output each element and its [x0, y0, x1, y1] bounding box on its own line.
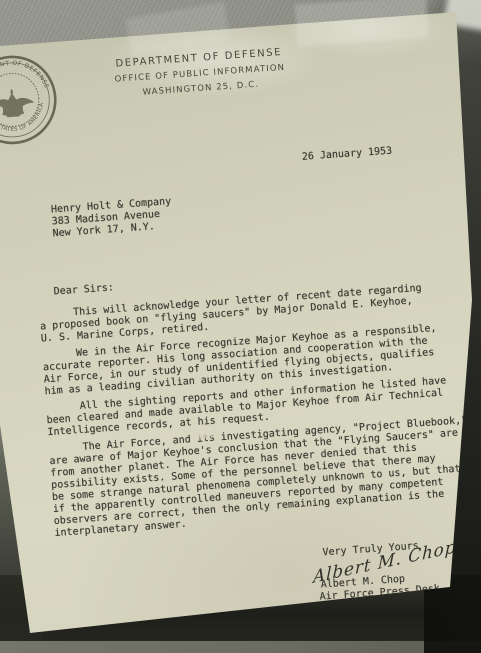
letter-body: This will acknowledge your letter of rec… — [39, 279, 481, 545]
date-line: 26 January 1953 — [302, 146, 393, 164]
photo-scene: DEPARTMENT OF DEFENSE OFFICE OF PUBLIC I… — [0, 0, 481, 653]
seal-top-arc-text: DEPARTMENT OF DEFENSE — [0, 57, 50, 95]
letterhead: DEPARTMENT OF DEFENSE OFFICE OF PUBLIC I… — [0, 36, 418, 112]
letter-sheet: DEPARTMENT OF DEFENSE OFFICE OF PUBLIC I… — [0, 5, 481, 653]
recipient-address: Henry Holt & Company383 Madison AvenueNe… — [51, 196, 174, 240]
salutation: Dear Sirs: — [53, 282, 114, 298]
letter-paper: DEPARTMENT OF DEFENSE OFFICE OF PUBLIC I… — [0, 0, 481, 653]
seal-eagle-icon — [0, 87, 35, 118]
dod-seal-icon: DEPARTMENT OF DEFENSE UNITED STATES OF A… — [0, 51, 61, 149]
svg-text:DEPARTMENT OF DEFENSE: DEPARTMENT OF DEFENSE — [0, 57, 50, 95]
bottom-edge-strip — [0, 641, 481, 653]
